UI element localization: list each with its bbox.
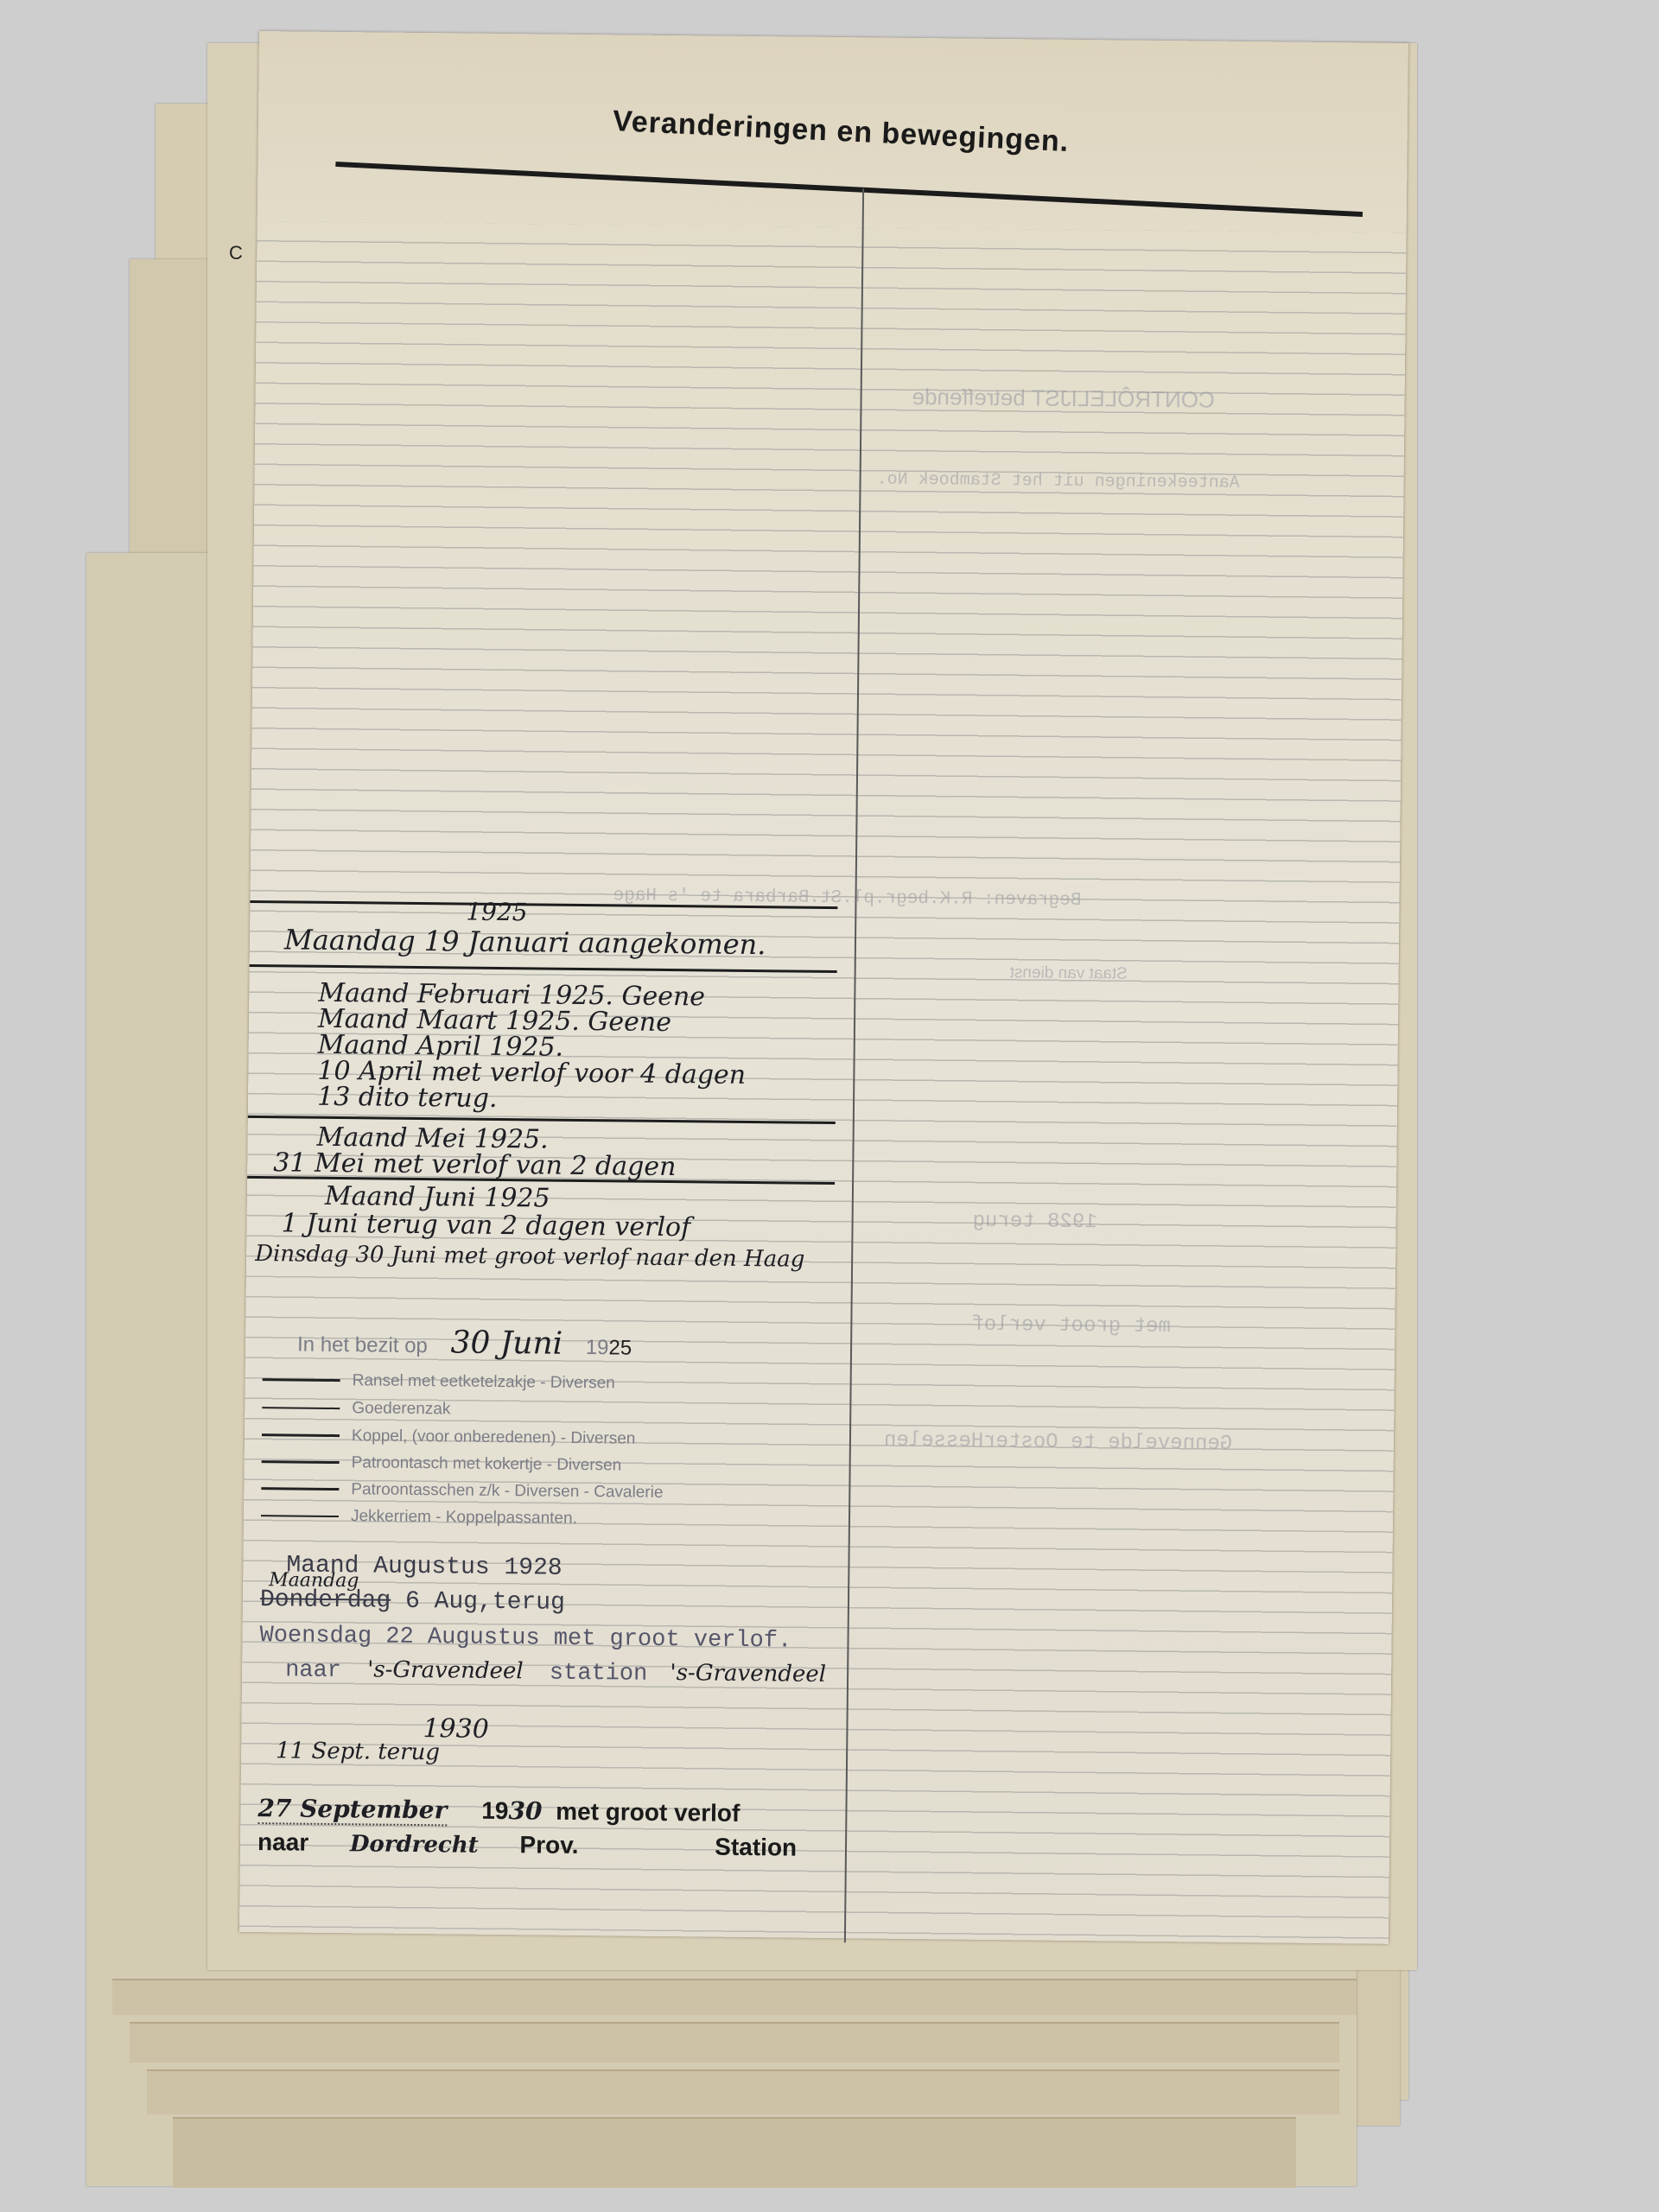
bleed-through-text: CONTRÔLELIJST betreffende	[912, 384, 1215, 414]
bleed-through-text: Aanteekeningen uit het Stamboek No.	[876, 470, 1239, 493]
page-title: Veranderingen en bewegingen.	[612, 105, 1070, 159]
stack-edge	[112, 1979, 1357, 2015]
discharge-line: 27 September1930 met groot verlof	[257, 1794, 740, 1827]
title-rule	[335, 162, 1363, 217]
inventory-item: Goederenzak	[262, 1398, 450, 1419]
stack-edge	[130, 2022, 1339, 2063]
destination-line: naar Dordrecht Prov. Station	[257, 1828, 797, 1862]
typed-return: 6 Aug,terug	[405, 1588, 565, 1617]
typed-line: naar 's-Gravendeel station 's-Gravendeel	[285, 1656, 826, 1689]
stack-edge	[147, 2069, 1339, 2114]
bleed-through-text: Gennevelde te OosterHesselen	[884, 1429, 1233, 1456]
handwritten-correction: Maandag	[269, 1569, 359, 1592]
entry-line: 1 Juni terug van 2 dagen verlof	[281, 1208, 690, 1243]
entry-line: 31 Mei met verlof van 2 dagen	[273, 1147, 676, 1182]
inventory-item: Jekkerriem - Koppelpassanten.	[261, 1506, 577, 1529]
inventory-item: Koppel, (voor onberedenen) - Diversen	[262, 1426, 636, 1449]
inventory-header: In het bezit op 30 Juni 1925	[297, 1324, 632, 1363]
typed-line: Woensdag 22 Augustus met groot verlof.	[259, 1623, 791, 1654]
inventory-year-suffix: 25	[608, 1336, 632, 1359]
stack-edge	[173, 2117, 1296, 2188]
inventory-item: Patroontasch met kokertje - Diversen	[262, 1452, 622, 1475]
bleed-through-text: met groot verlof	[971, 1313, 1171, 1338]
inventory-item: Ransel met eetketelzakje - Diversen	[263, 1370, 615, 1393]
bleed-through-text: 1928 terug	[972, 1210, 1096, 1235]
register-page: Veranderingen en bewegingen. CONTRÔLELIJ…	[239, 31, 1408, 1944]
entry-year: 1925	[466, 898, 528, 927]
inventory-header-prefix: In het bezit op	[297, 1333, 428, 1358]
entry-arrival: Maandag 19 Januari aangekomen.	[284, 923, 766, 961]
back-page-fragment: C	[229, 242, 243, 264]
inventory-date: 30 Juni	[450, 1325, 563, 1361]
bleed-through-text: Staat van dienst	[1010, 963, 1128, 983]
entry-line: 11 Sept. terug	[276, 1738, 440, 1765]
inventory-year-prefix: 19	[586, 1336, 609, 1359]
entry-line: 13 dito terug.	[317, 1082, 498, 1114]
